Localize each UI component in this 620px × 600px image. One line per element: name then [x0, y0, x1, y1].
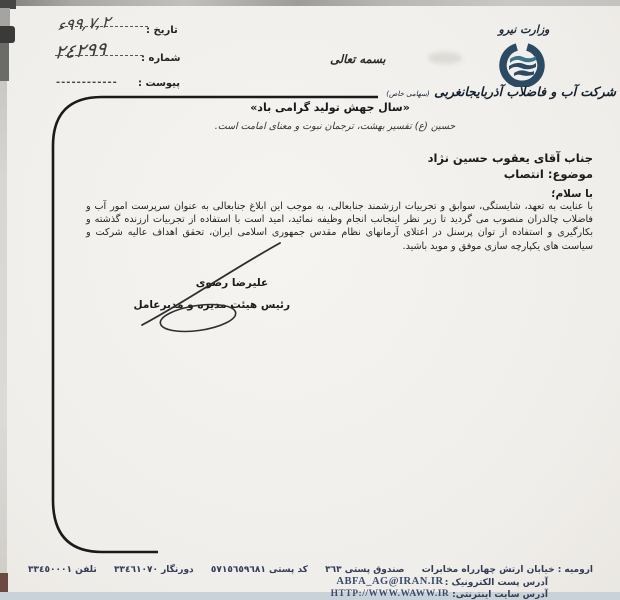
footer-phone: تلفن ٣٣٤٥٠٠٠١	[28, 565, 97, 575]
subject-line: موضوع: انتصاب	[504, 167, 593, 181]
date-label: تاریخ :	[146, 25, 178, 36]
website-label: آدرس سایت اینترنتی:	[456, 590, 548, 600]
handwritten-signature	[120, 230, 360, 340]
attachment-value: ------------	[56, 77, 118, 88]
company-name-text: شرکت آب و فاضلاب آذربایجانغربی	[434, 84, 616, 99]
calligraphy-quote: حسین (ع) تفسیر بهشت، ترجمان نبوت و معنای…	[165, 121, 505, 132]
email-value: ABFA_AG@IRAN.IR	[328, 576, 452, 587]
website-value: HTTP://WWW.WAWW.IR	[328, 589, 452, 599]
salutation: با سلام؛	[551, 188, 593, 200]
year-slogan-banner: «سال جهش تولید گرامی باد»	[180, 101, 480, 114]
number-label: شماره :	[141, 53, 180, 64]
footer-postal-code: کد پستی ٥٧١٥٦٥٩٦٨١	[211, 565, 308, 575]
footer-address: ارومیه : خیابان ارتش چهارراه مخابرات	[422, 565, 593, 575]
bismillah-text: بسمه تعالی	[330, 52, 386, 66]
footer-fax: دورنگار ٣٣٤٦١٠٧٠	[114, 565, 194, 575]
ministry-title: وزارت نیرو	[486, 23, 562, 36]
company-name: شرکت آب و فاضلاب آذربایجانغربی (سهامی خا…	[386, 84, 616, 99]
footer-po-box: صندوق پستی ٣٦٣	[325, 565, 404, 575]
attachment-label: پیوست :	[138, 78, 180, 89]
number-handwritten-value: ٢٤٢٩٩	[53, 38, 108, 64]
company-logo-icon	[490, 39, 554, 87]
email-label: آدرس پست الکترونیک :	[456, 578, 548, 588]
date-handwritten-value: ٩٩,٧,٢ء	[56, 12, 111, 35]
company-suffix-text: (سهامی خاص)	[386, 90, 429, 98]
footer-contact-row: ارومیه : خیابان ارتش چهارراه مخابرات صند…	[28, 565, 593, 575]
recipient-name: جناب آقای یعقوب حسین نژاد	[428, 151, 593, 165]
scanned-letter-page: تاریخ : ٩٩,٧,٢ء شماره : ٢٤٢٩٩ پیوست : --…	[0, 0, 620, 600]
